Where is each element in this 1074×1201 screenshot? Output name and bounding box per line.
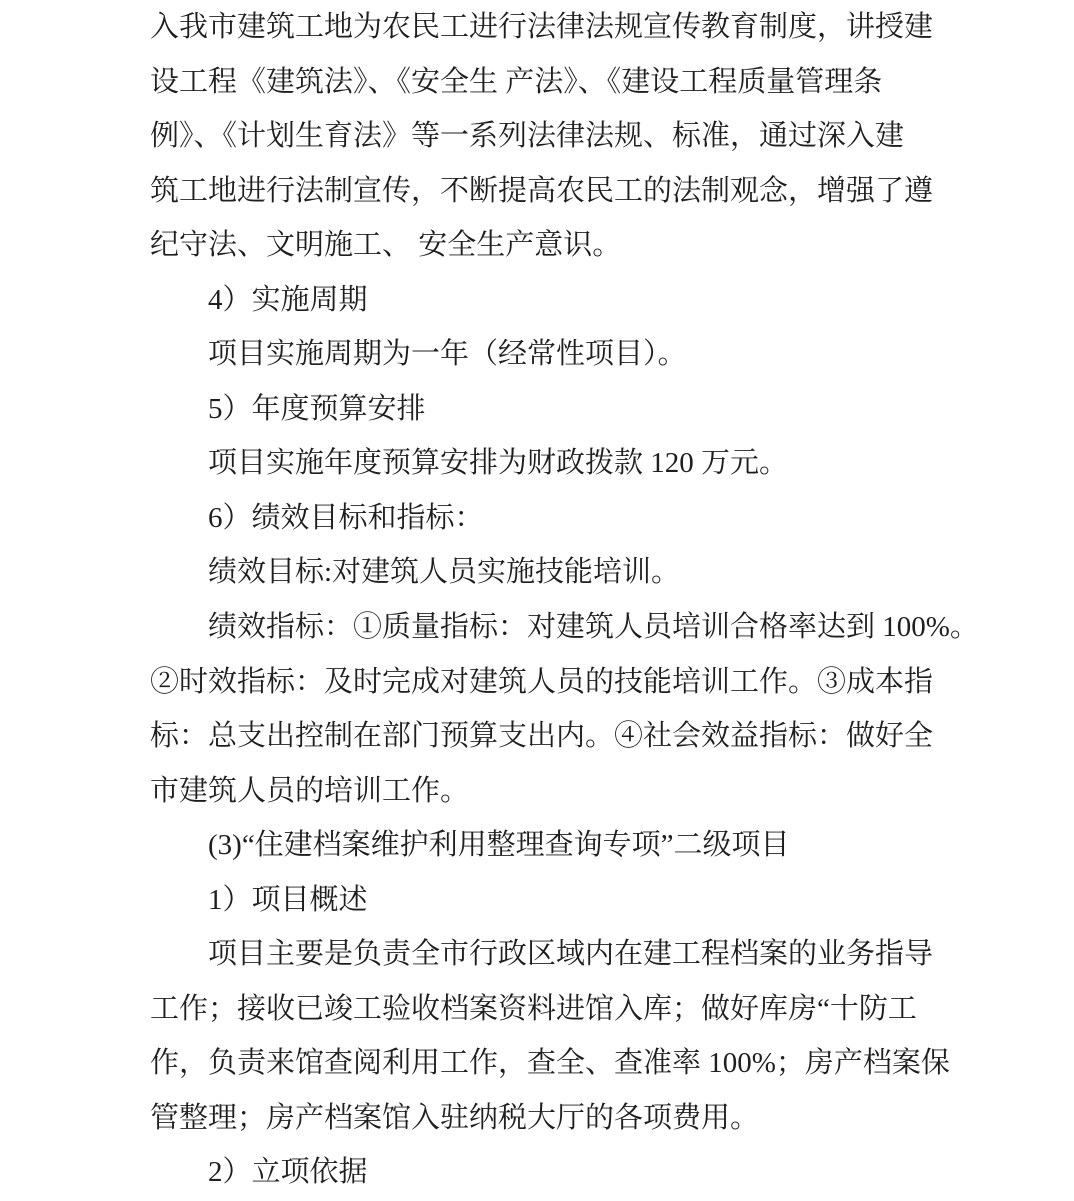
heading-implementation-period: 4）实施周期 xyxy=(150,273,934,328)
text-line: 入我市建筑工地为农民工进行法律法规宣传教育制度，讲授建 xyxy=(150,0,934,55)
text-line: 项目实施年度预算安排为财政拨款 120 万元。 xyxy=(150,436,934,491)
heading-secondary-project: (3)“住建档案维护利用整理查询专项”二级项目 xyxy=(150,818,934,873)
heading-project-overview: 1）项目概述 xyxy=(150,873,934,928)
heading-project-basis: 2）立项依据 xyxy=(150,1145,934,1200)
text-line: 市建筑人员的培训工作。 xyxy=(150,764,934,819)
text-line: 筑工地进行法制宣传，不断提高农民工的法制观念，增强了遵 xyxy=(150,164,934,219)
text-line: 项目主要是负责全市行政区域内在建工程档案的业务指导 xyxy=(150,927,934,982)
text-line: 纪守法、文明施工、 安全生产意识。 xyxy=(150,218,934,273)
text-line: 例》、《计划生育法》等一系列法律法规、标准，通过深入建 xyxy=(150,109,934,164)
text-line: 作，负责来馆查阅利用工作，查全、查准率 100%；房产档案保 xyxy=(150,1036,934,1091)
heading-performance-targets: 6）绩效目标和指标： xyxy=(150,491,934,546)
heading-annual-budget: 5）年度预算安排 xyxy=(150,382,934,437)
text-line: 标：总支出控制在部门预算支出内。④社会效益指标：做好全 xyxy=(150,709,934,764)
text-line: 工作；接收已竣工验收档案资料进馆入库；做好库房“十防工 xyxy=(150,982,934,1037)
text-line: 绩效目标:对建筑人员实施技能培训。 xyxy=(150,545,934,600)
document-page: 入我市建筑工地为农民工进行法律法规宣传教育制度，讲授建 设工程《建筑法》、《安全… xyxy=(0,0,1074,1201)
text-line: 项目实施周期为一年（经常性项目）。 xyxy=(150,327,934,382)
text-line: ②时效指标：及时完成对建筑人员的技能培训工作。③成本指 xyxy=(150,655,934,710)
text-line: 绩效指标：①质量指标：对建筑人员培训合格率达到 100%。 xyxy=(150,600,934,655)
text-line: 管整理；房产档案馆入驻纳税大厅的各项费用。 xyxy=(150,1091,934,1146)
text-line: 设工程《建筑法》、《安全生 产法》、《建设工程质量管理条 xyxy=(150,55,934,110)
page-text: 入我市建筑工地为农民工进行法律法规宣传教育制度，讲授建 设工程《建筑法》、《安全… xyxy=(150,0,934,1200)
